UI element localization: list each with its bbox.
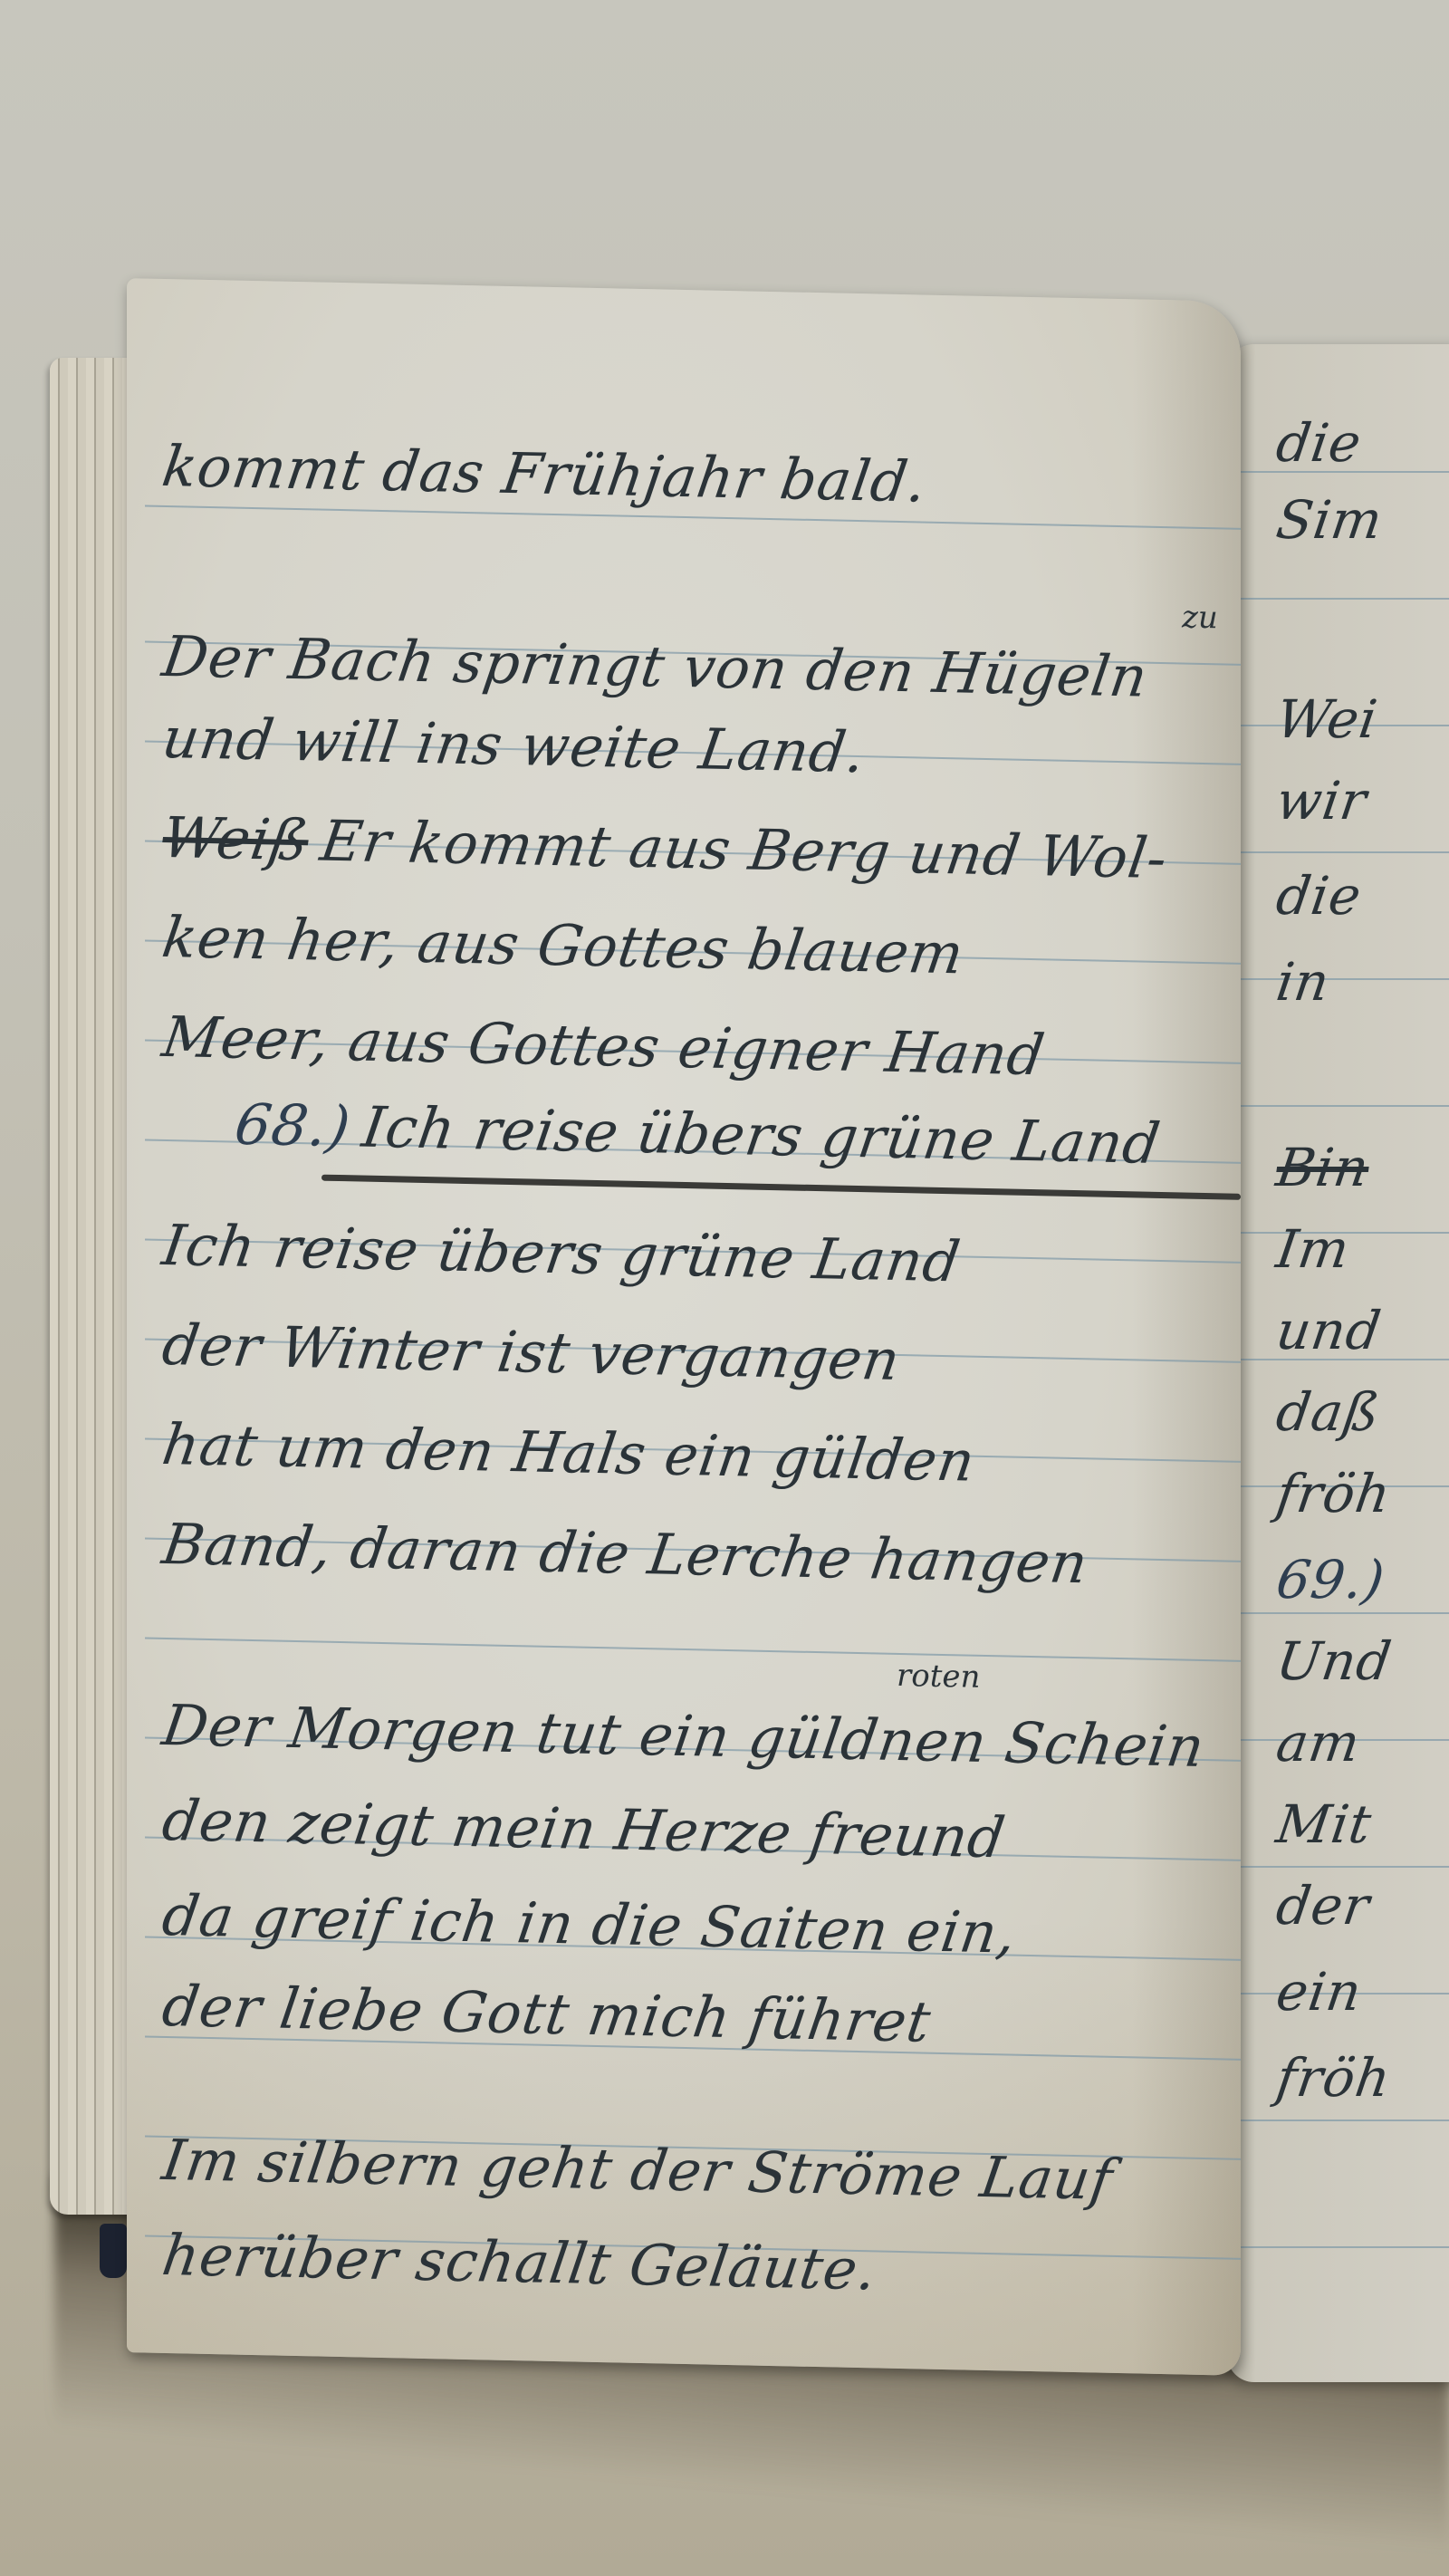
text-line: der Winter ist vergangen: [158, 1312, 1227, 1399]
right-fragment: am: [1272, 1712, 1449, 1773]
right-fragment: Mit: [1272, 1793, 1449, 1855]
right-fragment: Im: [1272, 1218, 1449, 1280]
ruled-line: [1227, 2119, 1449, 2121]
text-line: hat um den Hals ein gülden: [158, 1411, 1227, 1499]
right-fragment: und: [1272, 1300, 1449, 1361]
right-fragment: Sim: [1272, 489, 1449, 551]
ruled-line: [145, 1638, 1241, 1662]
struck-word: Weiß: [158, 804, 313, 873]
text-line-with-correction: Weiß Er kommt aus Berg und Wol-: [158, 804, 1227, 892]
ruled-line: [1227, 1612, 1449, 1614]
ruled-line: [1227, 1105, 1449, 1107]
text-line: Meer, aus Gottes eigner Hand: [158, 1004, 1227, 1091]
bookmark-ribbon: [100, 2224, 127, 2278]
section-number: 68.): [231, 1091, 355, 1159]
right-fragment: wir: [1272, 770, 1449, 831]
right-page: die Sim Wei wir die in Bin Im und daß fr…: [1227, 344, 1449, 2382]
ruled-line: [1227, 1866, 1449, 1868]
right-fragment: fröh: [1272, 1463, 1449, 1524]
right-fragment: in: [1272, 951, 1449, 1013]
text-line: Ich reise übers grüne Land: [158, 1212, 1227, 1300]
right-fragment: der: [1272, 1875, 1449, 1937]
section-heading: 68.) Ich reise übers grüne Land: [231, 1091, 1227, 1178]
right-section-number: 69.): [1272, 1549, 1449, 1610]
text-line: Band, daran die Lerche hangen: [158, 1511, 1227, 1599]
right-fragment: die: [1272, 412, 1449, 474]
right-fragment: Wei: [1272, 688, 1449, 750]
text-line: Der Bach springt von den Hügeln: [158, 623, 1227, 711]
section-title: Ich reise übers grüne Land: [359, 1094, 1165, 1177]
ruled-line: [1227, 2246, 1449, 2248]
ruled-line: [1227, 598, 1449, 600]
heading-underline: [321, 1175, 1241, 1200]
inserted-word: zu: [1182, 600, 1218, 637]
right-fragment: daß: [1272, 1381, 1449, 1443]
text-line: und will ins weite Land.: [158, 705, 1227, 793]
ruled-line: [1227, 851, 1449, 853]
text-line: den zeigt mein Herze freund: [158, 1787, 1227, 1875]
right-fragment: fröh: [1272, 2047, 1449, 2109]
text-line: Er kommt aus Berg und Wol-: [316, 808, 1172, 891]
right-fragment: ein: [1272, 1961, 1449, 2023]
text-line: ken her, aus Gottes blauem: [158, 904, 1227, 992]
right-fragment: Und: [1272, 1630, 1449, 1692]
right-fragment-struck: Bin: [1272, 1137, 1449, 1198]
notebook-photo: die Sim Wei wir die in Bin Im und daß fr…: [0, 0, 1449, 2576]
right-fragment: die: [1272, 865, 1449, 927]
inserted-word: roten: [897, 1658, 980, 1696]
left-page: kommt das Frühjahr bald. zu Der Bach spr…: [127, 278, 1241, 2376]
text-line: Der Morgen tut ein güldnen Schein: [158, 1692, 1227, 1780]
